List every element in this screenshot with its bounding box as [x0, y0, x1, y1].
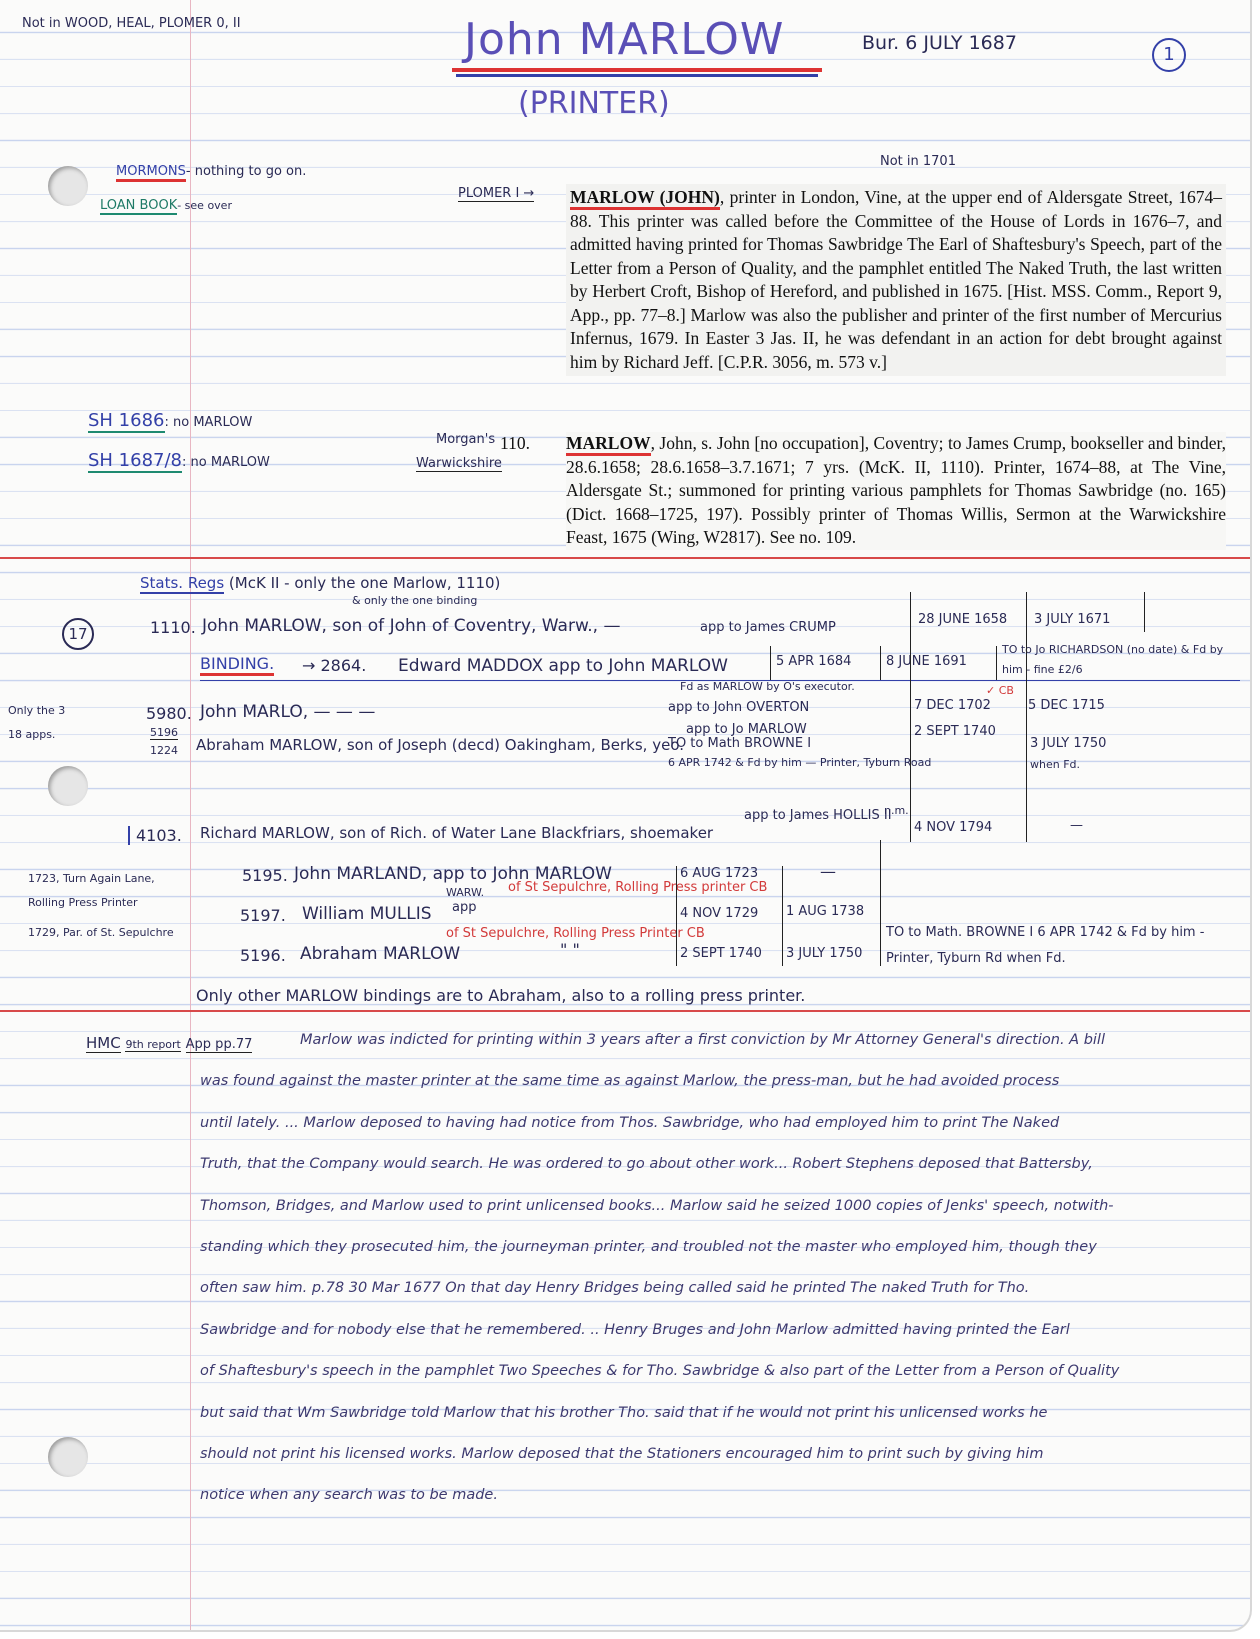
- reg-date-end: 8 JUNE 1691: [886, 654, 967, 669]
- reg-date-end: —: [820, 862, 836, 881]
- page-number: 1: [1152, 38, 1186, 72]
- hmc-line: should not print his licensed works. Mar…: [200, 1434, 1230, 1475]
- warw-note: WARW.: [446, 886, 484, 899]
- sh1687-label: SH 1687/8: [88, 450, 182, 473]
- binding-note: TO to Jo RICHARDSON (no date) & Fd by hi…: [1002, 640, 1232, 680]
- morgan-name: MARLOW: [566, 433, 651, 456]
- binding-arrow: → 2864.: [302, 656, 366, 675]
- hmc-notes: Marlow was indicted for printing within …: [200, 1020, 1230, 1517]
- page-title: John MARLOW: [464, 14, 784, 65]
- table-border: [996, 646, 997, 680]
- hmc-label: HMC: [86, 1034, 121, 1053]
- reg-date-end: 5 DEC 1715: [1028, 698, 1105, 713]
- page-subtitle: (PRINTER): [518, 86, 670, 121]
- reg-text: Abraham MARLOW: [300, 944, 460, 964]
- reg-date-start: 6 AUG 1723: [680, 866, 758, 881]
- hmc-line: Sawbridge and for nobody else that he re…: [200, 1310, 1230, 1351]
- plomer-label: PLOMER I →: [458, 186, 534, 202]
- table-border: [1026, 592, 1027, 842]
- corner-note: Not in WOOD, HEAL, PLOMER 0, II: [22, 16, 241, 31]
- circled-number: 17: [62, 618, 94, 650]
- reg-date-end: 3 JULY 1671: [1034, 612, 1110, 627]
- reg-text: William MULLIS: [302, 904, 432, 924]
- plomer-text: , printer in London, Vine, at the upper …: [570, 187, 1222, 372]
- reg-date-start: 7 DEC 1702: [914, 698, 991, 713]
- rolling-red-note: of St Sepulchre, Rolling Press Printer C…: [446, 926, 705, 941]
- table-border: [880, 646, 881, 680]
- reg-app: app to Jo MARLOW: [686, 722, 807, 737]
- section-divider: [0, 557, 1250, 559]
- plomer-clipping: MARLOW (JOHN), printer in London, Vine, …: [566, 184, 1226, 376]
- morgan-label-2: Warwickshire: [416, 456, 502, 472]
- table-border: [676, 866, 677, 966]
- ditto-marks: " ": [560, 940, 580, 959]
- reg-date-end: —: [1070, 818, 1083, 833]
- reg-app: app to John OVERTON: [668, 700, 809, 715]
- not-in-1701: Not in 1701: [880, 154, 956, 169]
- burial-date: Bur. 6 JULY 1687: [862, 32, 1017, 54]
- morgan-label: Morgan's: [436, 432, 495, 447]
- margin-line: [190, 0, 191, 1630]
- reg-number: 5980.: [146, 704, 192, 723]
- section-divider: [0, 1010, 1250, 1012]
- reg-date-end: 3 JULY 1750: [786, 946, 862, 961]
- stats-regs-note: (McK II - only the one Marlow, 1110): [229, 574, 500, 592]
- reg-text: John MARLO, — — —: [200, 702, 375, 722]
- reg-app: app to James HOLLIS II: [744, 808, 892, 823]
- reg-number: 5196: [150, 726, 178, 740]
- loan-book-label: LOAN BOOK: [100, 198, 177, 215]
- sh1686-label: SH 1686: [88, 410, 165, 433]
- reg-date-start: 28 JUNE 1658: [918, 612, 1007, 627]
- reg-to-note: TO to Math BROWNE I: [668, 736, 811, 751]
- reg-date-end-note: when Fd.: [1030, 758, 1080, 771]
- hmc-line: of Shaftesbury's speech in the pamphlet …: [200, 1351, 1230, 1392]
- reg-text: Abraham MARLOW, son of Joseph (decd) Oak…: [196, 736, 684, 754]
- hmc-line: but said that Wm Sawbridge told Marlow t…: [200, 1393, 1230, 1434]
- reg-number: 4103.: [128, 826, 182, 845]
- reg-date-end: 3 JULY 1750: [1030, 736, 1106, 751]
- mormons-text: - nothing to go on.: [186, 164, 306, 179]
- reg-number-2: 1224: [150, 744, 178, 757]
- stats-regs-note-2: & only the one binding: [352, 594, 477, 607]
- title-underline: [452, 68, 822, 72]
- mormons-label: MORMONS: [116, 164, 186, 182]
- table-border: [1144, 592, 1145, 632]
- plomer-name: MARLOW (JOHN): [570, 187, 720, 210]
- reg-text: Edward MADDOX app to John MARLOW: [398, 656, 728, 676]
- rolling-red-note: of St Sepulchre, Rolling Press printer C…: [508, 880, 767, 895]
- rolling-footer: Only other MARLOW bindings are to Abraha…: [196, 986, 805, 1005]
- reg-number: 5195.: [242, 866, 288, 885]
- sh1687-text: : no MARLOW: [182, 455, 270, 470]
- hmc-line: standing which they prosecuted him, the …: [200, 1227, 1230, 1268]
- reg-number: 5196.: [240, 946, 286, 965]
- table-border: [782, 866, 783, 966]
- morgan-clipping: MARLOW, John, s. John [no occupation], C…: [566, 432, 1226, 550]
- notebook-page: Not in WOOD, HEAL, PLOMER 0, II John MAR…: [0, 0, 1252, 1632]
- morgan-number: 110.: [500, 432, 530, 456]
- punch-hole: [48, 766, 88, 806]
- reg-date-start: 4 NOV 1794: [914, 820, 992, 835]
- sh1686-text: : no MARLOW: [165, 415, 253, 430]
- cb-mark: ✓ CB: [986, 684, 1014, 697]
- reg-to-note-2: 6 APR 1742 & Fd by him — Printer, Tyburn…: [668, 756, 931, 769]
- hmc-line: was found against the master printer at …: [200, 1061, 1230, 1102]
- hmc-label-2: 9th report: [125, 1038, 180, 1052]
- title-underline: [456, 74, 818, 77]
- reg-number: 1110.: [150, 618, 196, 637]
- table-border: [880, 840, 881, 966]
- reg-date-start: 2 SEPT 1740: [680, 946, 762, 961]
- hmc-line: often saw him. p.78 30 Mar 1677 On that …: [200, 1268, 1230, 1309]
- stats-regs-label: Stats. Regs: [140, 574, 224, 594]
- table-border: [770, 646, 771, 680]
- side-note-2: 18 apps.: [8, 728, 55, 741]
- reg-date-start: 2 SEPT 1740: [914, 724, 996, 739]
- reg-text: Richard MARLOW, son of Rich. of Water La…: [200, 824, 713, 842]
- stats-regs-heading: Stats. Regs (McK II - only the one Marlo…: [140, 574, 500, 592]
- reg-app: app to James CRUMP: [700, 620, 836, 635]
- rolling-side-note-2: Rolling Press Printer: [28, 896, 138, 909]
- loan-book-text: - see over: [177, 199, 232, 212]
- morgan-text: , John, s. John [no occupation], Coventr…: [566, 433, 1226, 547]
- table-border: [910, 592, 911, 842]
- nm-mark: n.m.: [884, 804, 909, 817]
- rolling-side-note: 1723, Turn Again Lane,: [28, 872, 155, 885]
- hmc-line: Marlow was indicted for printing within …: [200, 1020, 1230, 1061]
- punch-hole: [48, 166, 88, 206]
- reg-date-start: 4 NOV 1729: [680, 906, 758, 921]
- reg-pre-note: Fd as MARLOW by O's executor.: [680, 680, 855, 693]
- loan-book-note: LOAN BOOK- see over: [100, 198, 232, 213]
- side-note: Only the 3: [8, 704, 65, 717]
- reg-text: John MARLOW, son of John of Coventry, Wa…: [202, 616, 621, 636]
- rolling-side-note-3: 1729, Par. of St. Sepulchre: [28, 926, 174, 939]
- hmc-line: until lately. ... Marlow deposed to havi…: [200, 1103, 1230, 1144]
- reg-date-start: 5 APR 1684: [776, 654, 851, 669]
- reg-number: 5197.: [240, 906, 286, 925]
- reg-app: app: [452, 900, 476, 915]
- hmc-line: Truth, that the Company would search. He…: [200, 1144, 1230, 1185]
- mormons-note: MORMONS- nothing to go on.: [116, 164, 306, 179]
- punch-hole: [48, 1437, 88, 1477]
- rolling-to-note: TO to Math. BROWNE I 6 APR 1742 & Fd by …: [886, 920, 1226, 972]
- sh1686-note: SH 1686: no MARLOW: [88, 410, 252, 431]
- hmc-line: notice when any search was to be made.: [200, 1475, 1230, 1516]
- binding-label: BINDING.: [200, 654, 274, 676]
- sh1687-note: SH 1687/8: no MARLOW: [88, 450, 270, 471]
- hmc-line: Thomson, Bridges, and Marlow used to pri…: [200, 1186, 1230, 1227]
- reg-date-end: 1 AUG 1738: [786, 904, 864, 919]
